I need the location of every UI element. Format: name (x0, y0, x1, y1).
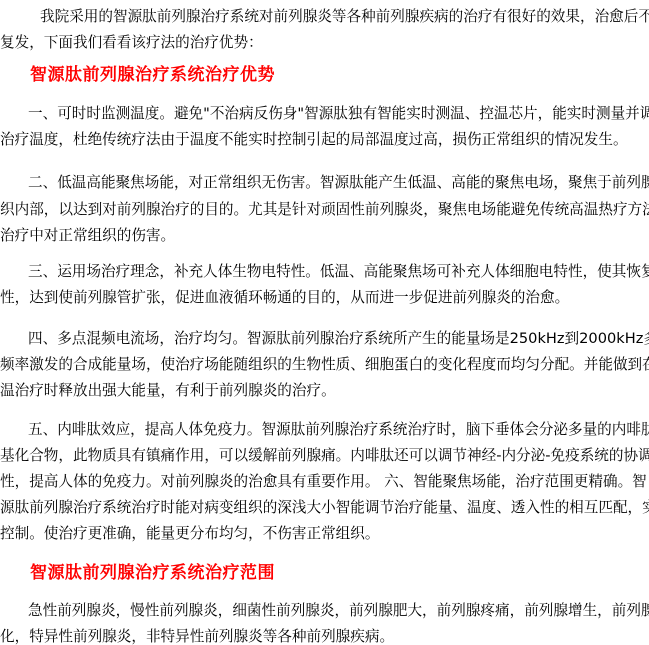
text-line: 织内部，以达到对前列腺治疗的目的。尤其是针对顽固性前列腺炎，聚焦电场能避免传统高… (0, 200, 649, 220)
text-line: 三、运用场治疗理念，补充人体生物电特性。低温、高能聚焦场可补充人体细胞电特性，使… (28, 262, 649, 282)
text-line: 化，特异性前列腺炎，非特异性前列腺炎等各种前列腺疾病。 (0, 627, 394, 645)
text-line: 基化合物，此物质具有镇痛作用，可以缓解前列腺痛。内啡肽还可以调节神经-内分泌-免… (0, 446, 649, 466)
text-line: 复发，下面我们看看该疗法的治疗优势： (0, 33, 263, 53)
text-line: 控制。使治疗更准确，能量更分布均匀，不伤害正常组织。 (0, 524, 379, 544)
text-line: 二、低温高能聚焦场能，对正常组织无伤害。智源肽能产生低温、高能的聚焦电场，聚焦于… (28, 173, 649, 193)
text-line: 治疗温度，杜绝传统疗法由于温度不能实时控制引起的局部温度过高，损伤正常组织的情况… (0, 130, 628, 150)
text-line: 性，提高人体的免疫力。对前列腺炎的治愈具有重要作用。 六、智能聚焦场能，治疗范围… (0, 472, 647, 492)
text-line: 我院采用的智源肽前列腺治疗系统对前列腺炎等各种前列腺疾病的治疗有很好的效果，治愈… (40, 7, 649, 27)
text-line: 五、内啡肽效应，提高人体免疫力。智源肽前列腺治疗系统治疗时，脑下垂体会分泌多量的… (28, 420, 649, 440)
section-heading-advantages: 智源肽前列腺治疗系统治疗优势 (30, 64, 275, 86)
text-line: 急性前列腺炎，慢性前列腺炎，细菌性前列腺炎，前列腺肥大，前列腺疼痛，前列腺增生，… (28, 601, 649, 621)
text-line: 四、多点混频电流场，治疗均匀。智源肽前列腺治疗系统所产生的能量场是250kHz到… (28, 329, 649, 349)
text-line: 一、可时时监测温度。避免"不治病反伤身"智源肽独有智能实时测温、控温芯片，能实时… (28, 104, 649, 124)
text-line: 频率激发的合成能量场，使治疗场能随组织的生物性质、细胞蛋白的变化程度而均匀分配。… (0, 355, 649, 375)
text-line: 源肽前列腺治疗系统治疗时能对病变组织的深浅大小智能调节治疗能量、温度、透入性的相… (0, 498, 649, 518)
section-heading-scope: 智源肽前列腺治疗系统治疗范围 (30, 562, 275, 584)
text-line: 治疗中对正常组织的伤害。 (0, 226, 175, 246)
text-line: 性，达到使前列腺管扩张，促进血液循环畅通的目的，从而进一步促进前列腺炎的治愈。 (0, 288, 569, 308)
text-line: 温治疗时释放出强大能量，有利于前列腺炎的治疗。 (0, 381, 336, 401)
